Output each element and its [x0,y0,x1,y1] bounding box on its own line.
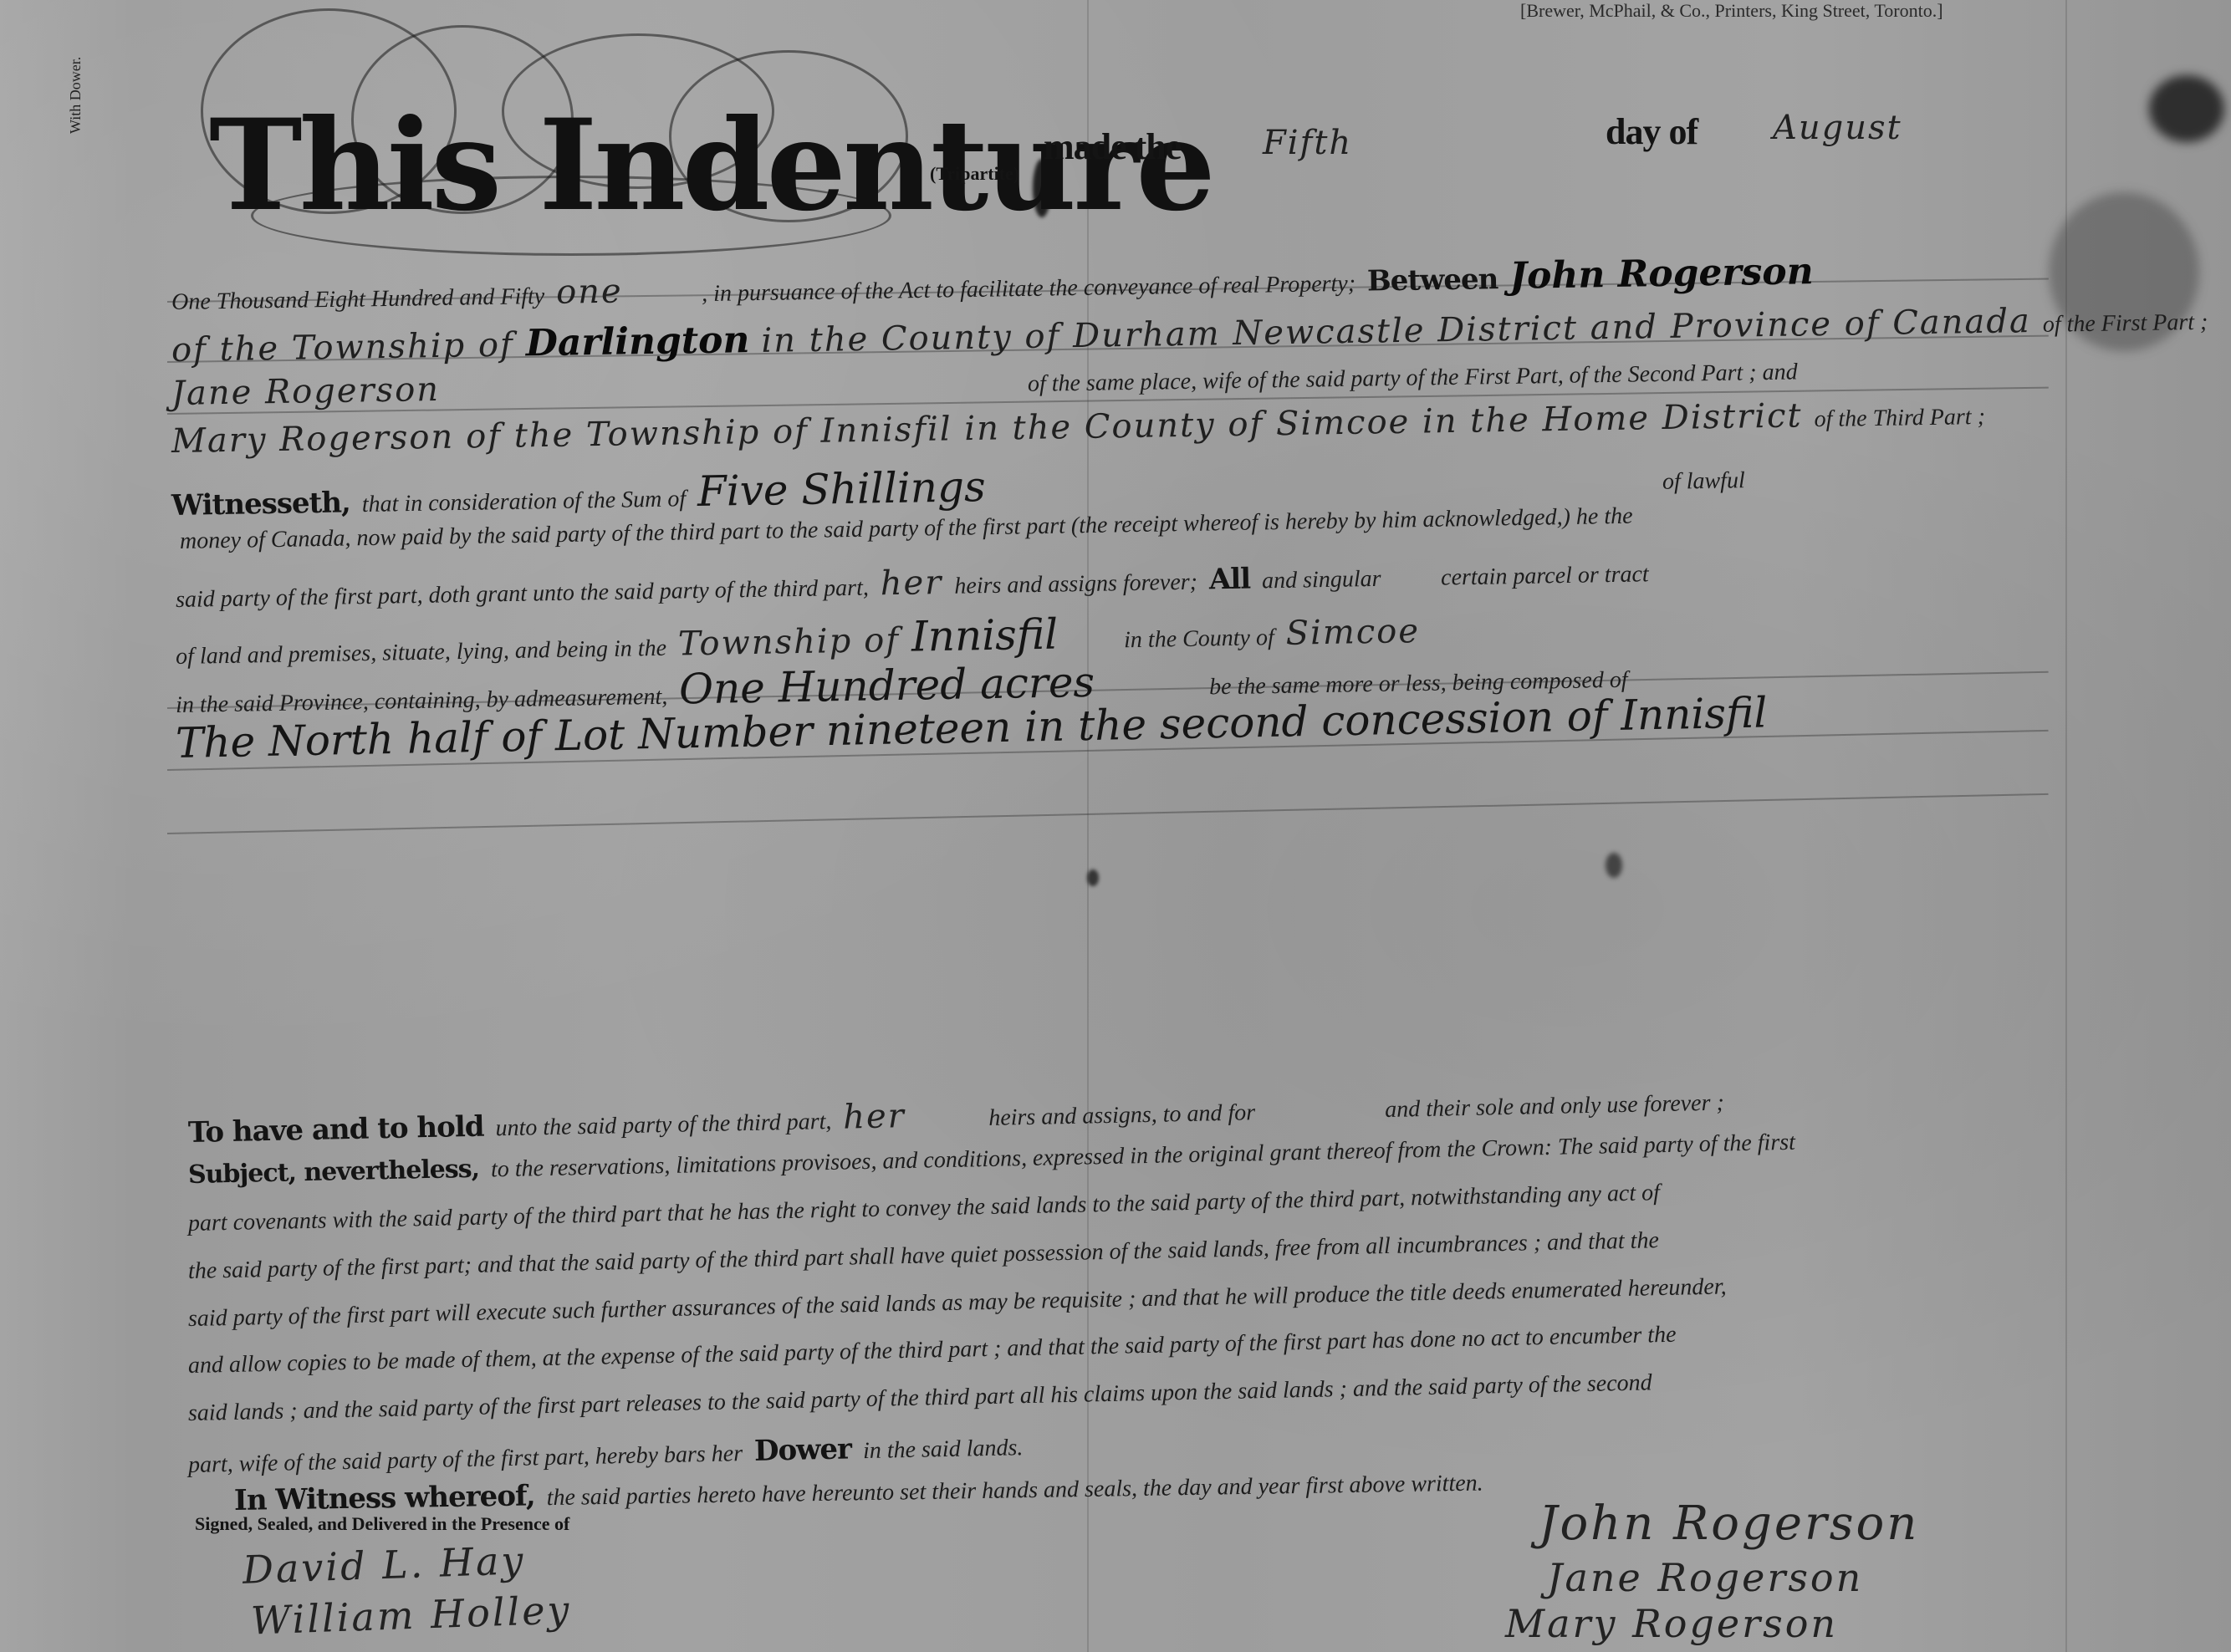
ruled-line [167,793,2049,834]
lawful-label: of lawful [1662,467,1745,496]
day-value: Fifth [1263,124,1352,162]
pursuance-text: , in pursuance of the Act to facilitate … [702,271,1355,308]
habendum-line-7: said lands ; and the said party of the f… [188,1369,1652,1427]
habendum-line-3: part covenants with the said party of th… [188,1180,1661,1237]
between-label: Between [1367,263,1498,298]
ink-spot [1606,853,1622,878]
made-the-label: made the [1044,125,1181,168]
tripartite-label: (Tripartite) [930,163,1019,185]
ink-spot [1087,869,1099,886]
habendum-text: and allow copies to be made of them, at … [188,1322,1677,1379]
habendum-text: the said party of the first part; and th… [188,1227,1660,1285]
day-of-label: day of [1606,110,1697,153]
habendum-line-5: said party of the first part will execut… [188,1273,1727,1333]
printer-imprint: [Brewer, McPhail, & Co., Printers, King … [1520,0,1943,22]
parcel-text: certain parcel or tract [1441,561,1649,591]
signed-sealed-label: Signed, Sealed, and Delivered in the Pre… [195,1513,569,1535]
attestation-text: the said parties hereto have hereunto se… [546,1471,1483,1512]
county-value: in the County of Durham Newcastle Distri… [761,302,2031,360]
county-name: Simcoe [1285,612,1420,653]
township-prefix: of the Township of [171,326,514,370]
county-label: in the County of [1124,625,1274,654]
location-township-name: Innisfil [911,609,1113,660]
subject-label: Subject, nevertheless, [188,1155,480,1190]
second-party-name: Jane Rogerson [171,361,1017,413]
habendum-text: heirs and assigns, to and for [988,1097,1374,1132]
year-value: one [556,271,691,312]
first-part-label: of the First Part ; [2043,309,2208,339]
habendum-text: unto the said party of the third part, [495,1109,831,1142]
habendum-line-6: and allow copies to be made of them, at … [188,1322,1677,1379]
month-value: August [1773,109,1902,147]
location-township: Township [677,622,852,664]
sum-prefix: that in consideration of the Sum of [362,486,687,518]
witnesseth-label: Witnesseth, [171,486,350,523]
third-part-label: of the Third Part ; [1814,404,1985,433]
witness-signature: David L. Hay [242,1537,526,1593]
habendum-text: part covenants with the said party of th… [188,1180,1661,1237]
habendum-text: said lands ; and the said party of the f… [188,1369,1652,1427]
grant-pronoun: her [880,563,942,603]
all-label: All [1209,563,1251,597]
habendum-text: said party of the first part will execut… [188,1273,1727,1333]
witness-signature: William Holley [250,1587,572,1643]
signatory-signature: John Rogerson [1539,1496,1919,1551]
and-singular-text: and singular [1262,565,1430,594]
grant-line: said party of the first part, doth grant… [176,551,1649,615]
margin-note: With Dower. [67,57,84,134]
signatory-signature: Mary Rogerson [1505,1601,1838,1646]
habendum-text: and their sole and only use forever ; [1385,1090,1724,1124]
year-printed: One Thousand Eight Hundred and Fifty [171,283,545,316]
habendum-line-4: the said party of the first part; and th… [188,1227,1660,1285]
heirs-text: heirs and assigns forever; [954,569,1197,600]
habendum-line-8: part, wife of the said party of the firs… [188,1429,1024,1480]
location-text: of land and premises, situate, lying, an… [176,635,666,670]
signatory-signature: Jane Rogerson [1547,1555,1863,1600]
in-witness-label: In Witness whereof, [234,1479,535,1517]
to-have-label: To have and to hold [188,1110,484,1150]
deed-document: [Brewer, McPhail, & Co., Printers, King … [0,0,2231,1652]
habendum-pronoun: her [843,1095,978,1136]
ink-stain [2149,75,2224,142]
third-party-name: Mary Rogerson [171,418,455,461]
location-of: of [864,621,901,660]
first-party-name: John Rogerson [1509,250,1814,298]
township-value: Darlington [525,319,749,365]
grant-text: said party of the first part, doth grant… [176,575,869,614]
habendum-text: in the said lands. [863,1435,1024,1465]
habendum-text: part, wife of the said party of the firs… [188,1440,743,1479]
dower-label: Dower [754,1432,852,1467]
